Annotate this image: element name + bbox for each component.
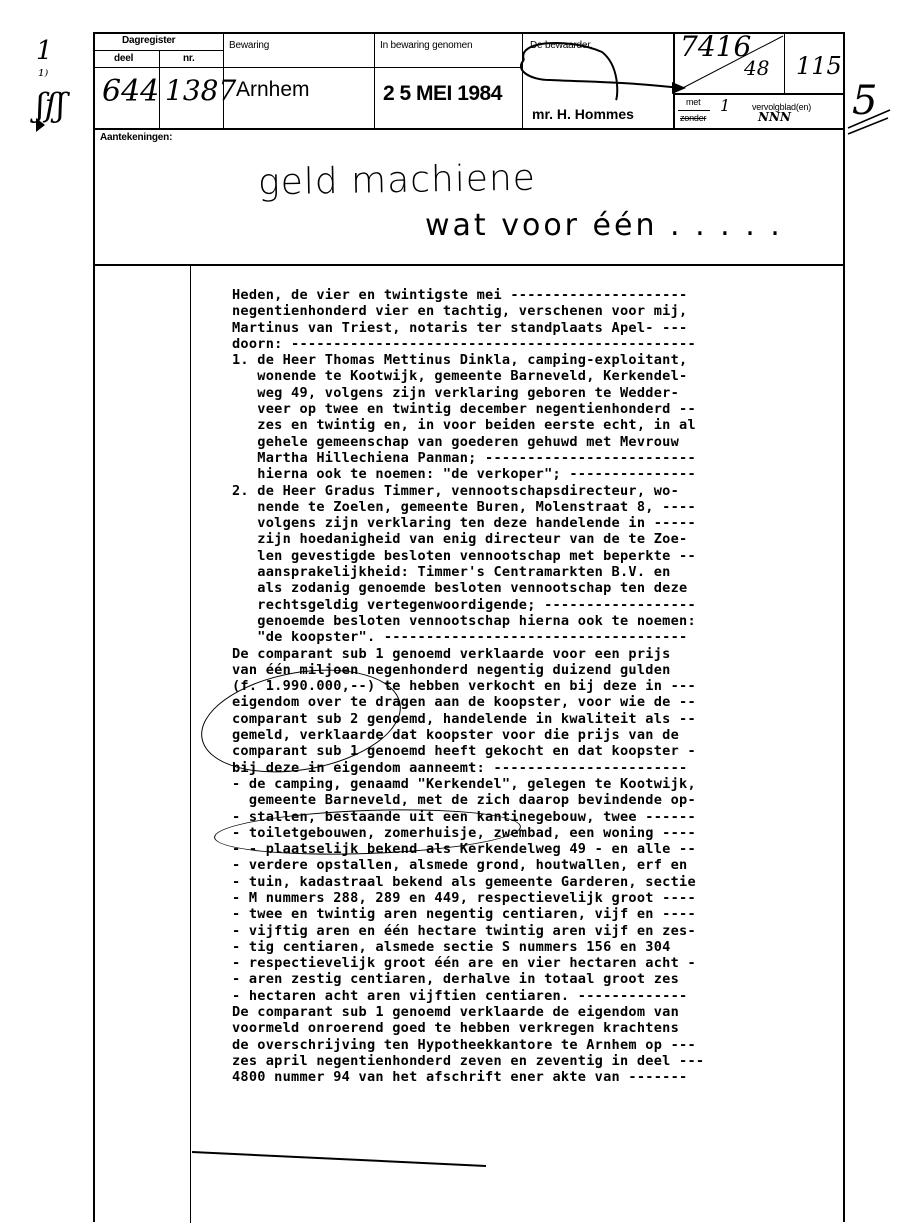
deed-line: - twee en twintig aren negentig centiare… bbox=[232, 906, 842, 922]
deed-line: - hectaren acht aren vijftien centiaren.… bbox=[232, 988, 842, 1004]
nr-value: 1387 bbox=[165, 74, 236, 107]
annotation-line-2: wat voor één . . . . . bbox=[425, 208, 783, 243]
ref-top-value: 7416 bbox=[680, 30, 751, 63]
deed-line: veer op twee en twintig december negenti… bbox=[232, 401, 842, 417]
deed-line: volgens zijn verklaring ten deze handele… bbox=[232, 515, 842, 531]
date-stamp: 2 5 MEI 1984 bbox=[383, 82, 502, 106]
deed-line: hierna ook te noemen: "de verkoper"; ---… bbox=[232, 466, 842, 482]
deed-line: gemeente Barneveld, met de zich daarop b… bbox=[232, 792, 842, 808]
nr-label: nr. bbox=[183, 53, 195, 64]
deed-line: len gevestigde besloten vennootschap met… bbox=[232, 548, 842, 564]
deed-line: 1. de Heer Thomas Mettinus Dinkla, campi… bbox=[232, 352, 842, 368]
deed-line: weg 49, volgens zijn verklaring geboren … bbox=[232, 385, 842, 401]
deed-line: - de camping, genaamd "Kerkendel", geleg… bbox=[232, 776, 842, 792]
deed-line: zijn hoedanigheid van enig directeur van… bbox=[232, 531, 842, 547]
margin-strike-icon bbox=[840, 100, 900, 140]
deed-line: aansprakelijkheid: Timmer's Centramarkte… bbox=[232, 564, 842, 580]
body-inner-rule bbox=[190, 266, 191, 1223]
bijlage-count: 1 bbox=[720, 96, 730, 115]
deed-line: - verdere opstallen, alsmede grond, hout… bbox=[232, 857, 842, 873]
margin-note-mark: ¹⁾ bbox=[38, 66, 48, 85]
deed-line: Heden, de vier en twintigste mei -------… bbox=[232, 287, 842, 303]
met-label: met bbox=[686, 97, 700, 107]
deed-line: - tig centiaren, alsmede sectie S nummer… bbox=[232, 939, 842, 955]
deed-line: - vijftig aren en één hectare twintig ar… bbox=[232, 923, 842, 939]
deed-line: De comparant sub 1 genoemd verklaarde de… bbox=[232, 1004, 842, 1020]
deed-line: negentienhonderd vier en tachtig, versch… bbox=[232, 303, 842, 319]
deed-line: Martinus van Triest, notaris ter standpl… bbox=[232, 320, 842, 336]
ref-bottom-value: 48 bbox=[744, 56, 769, 80]
deed-line: De comparant sub 1 genoemd verklaarde vo… bbox=[232, 646, 842, 662]
deed-line: de overschrijving ten Hypotheekkantore t… bbox=[232, 1037, 842, 1053]
bijlage-handwritten: NNN bbox=[758, 110, 791, 124]
deed-line: als zodanig genoemde besloten vennootsch… bbox=[232, 580, 842, 596]
dagregister-label: Dagregister bbox=[122, 35, 175, 46]
deed-line: - tuin, kadastraal bekend als gemeente G… bbox=[232, 874, 842, 890]
annotation-line-1: geld machiene bbox=[258, 158, 537, 204]
deed-line: 2. de Heer Gradus Timmer, vennootschapsd… bbox=[232, 483, 842, 499]
deed-line: rechtsgeldig vertegenwoordigende; ------… bbox=[232, 597, 842, 613]
deel-label: deel bbox=[114, 53, 133, 64]
bottom-strike-line-icon bbox=[190, 1140, 490, 1170]
deed-line: doorn: ---------------------------------… bbox=[232, 336, 842, 352]
deed-line: genoemde besloten vennootschap hierna oo… bbox=[232, 613, 842, 629]
deed-line: voormeld onroerend goed te hebben verkre… bbox=[232, 1020, 842, 1036]
annotations-label: Aantekeningen: bbox=[100, 132, 172, 143]
deed-line: gehele gemeenschap van goederen gehuwd m… bbox=[232, 434, 842, 450]
deed-line: wonende te Kootwijk, gemeente Barneveld,… bbox=[232, 368, 842, 384]
bewaring-value: Arnhem bbox=[236, 78, 310, 102]
body-top-rule bbox=[93, 264, 845, 266]
deed-line: 4800 nummer 94 van het afschrift ener ak… bbox=[232, 1069, 842, 1085]
deed-line: Martha Hillechiena Panman; -------------… bbox=[232, 450, 842, 466]
deed-line: "de koopster". -------------------------… bbox=[232, 629, 842, 645]
bewaring-label: Bewaring bbox=[229, 40, 269, 51]
deed-line: - aren zestig centiaren, derhalve in tot… bbox=[232, 971, 842, 987]
margin-arrow-icon bbox=[36, 118, 45, 132]
deed-line: - respectievelijk groot één are en vier … bbox=[232, 955, 842, 971]
bewaarder-loop-arrow-icon bbox=[510, 30, 690, 110]
in-bewaring-label: In bewaring genomen bbox=[380, 40, 472, 51]
margin-note-number: 1 bbox=[36, 36, 53, 66]
zonder-label: zonder bbox=[680, 113, 706, 123]
deed-line: - M nummers 288, 289 en 449, respectieve… bbox=[232, 890, 842, 906]
deed-line: zes april negentienhonderd zeven en zeve… bbox=[232, 1053, 842, 1069]
deed-line: nende te Zoelen, gemeente Buren, Molenst… bbox=[232, 499, 842, 515]
ref-right-value: 115 bbox=[796, 52, 842, 80]
deed-line: zes en twintig en, in voor beiden eerste… bbox=[232, 417, 842, 433]
deel-value: 644 bbox=[102, 74, 159, 109]
